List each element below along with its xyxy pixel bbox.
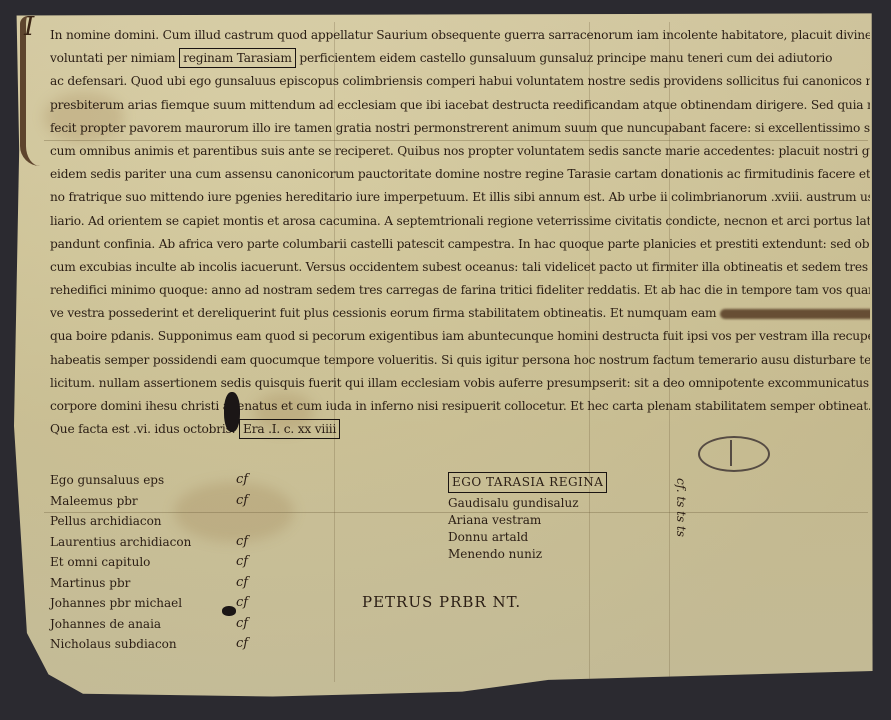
confirmation-mark: cf bbox=[236, 593, 248, 614]
text-line: licitum. nullam assertionem sedis quisqu… bbox=[50, 372, 870, 395]
signatory: Donnu artald bbox=[448, 529, 607, 546]
dating-clause: Que facta est .vi. idus octobris. bbox=[50, 422, 235, 436]
signatory: Menendo nuniz bbox=[448, 546, 607, 563]
text-line: ac defensari. Quod ubi ego gunsaluus epi… bbox=[50, 70, 870, 93]
text-line: cum omnibus animis et parentibus suis an… bbox=[50, 140, 870, 163]
confirmation-mark: cf bbox=[236, 532, 248, 553]
queen-signature-box[interactable]: EGO TARASIA REGINA bbox=[448, 472, 607, 493]
text-line: presbiterum arias fiemque suum mittendum… bbox=[50, 94, 870, 117]
text-line: voluntati per nimiam reginam Tarasiam pe… bbox=[50, 47, 870, 70]
text-line: liario. Ad orientem se capiet montis et … bbox=[50, 210, 870, 233]
text-fragment: ve vestra possederint et dereliquerint f… bbox=[50, 306, 720, 320]
ink-smudge bbox=[720, 309, 870, 319]
charter-body: In nomine domini. Cum illud castrum quod… bbox=[50, 24, 870, 441]
signatory: Johannes de anaia bbox=[50, 614, 191, 635]
signatories-left: Ego gunsaluus eps Maleemus pbr Pellus ar… bbox=[50, 470, 191, 655]
signatory: Laurentius archidiacon bbox=[50, 532, 191, 553]
text-line: ve vestra possederint et dereliquerint f… bbox=[50, 302, 870, 325]
confirmation-marks-left: cf cf cf cf cf cf cf cf bbox=[236, 470, 248, 655]
text-fragment: voluntati per nimiam bbox=[50, 51, 179, 65]
confirmation-mark: cf bbox=[236, 614, 248, 635]
signatory: Pellus archidiacon bbox=[50, 511, 191, 532]
archive-stamp-icon bbox=[698, 436, 770, 472]
parchment-hole bbox=[222, 606, 236, 616]
notary-signature: PETRUS PRBR NT. bbox=[362, 593, 521, 611]
signatories-right: EGO TARASIA REGINA Gaudisalu gundisaluz … bbox=[448, 472, 607, 563]
text-line: qua boire pdanis. Supponimus eam quod si… bbox=[50, 325, 870, 348]
era-date-box[interactable]: Era .I. c. xx viiii bbox=[239, 419, 340, 439]
initial-letter: I bbox=[24, 12, 34, 42]
confirmation-marks-right: cf. ts ts ts bbox=[674, 478, 688, 537]
text-line: habeatis semper possidendi eam quocumque… bbox=[50, 349, 870, 372]
confirmation-mark: cf bbox=[236, 634, 248, 655]
parchment-hole bbox=[224, 392, 240, 432]
signatory: Maleemus pbr bbox=[50, 491, 191, 512]
text-line: fecit propter pavorem maurorum illo ire … bbox=[50, 117, 870, 140]
text-line: cum excubias inculte ab incolis iacuerun… bbox=[50, 256, 870, 279]
text-line: no fratrique suo mittendo iure pgenies h… bbox=[50, 186, 870, 209]
confirmation-mark: cf bbox=[236, 552, 248, 573]
confirmation-mark: cf bbox=[236, 573, 248, 594]
signatory: Martinus pbr bbox=[50, 573, 191, 594]
text-line: corpore domini ihesu christi alienatus e… bbox=[50, 395, 870, 418]
signatory: Ariana vestram bbox=[448, 512, 607, 529]
text-line: In nomine domini. Cum illud castrum quod… bbox=[50, 24, 870, 47]
text-line: rehedifici minimo quoque: anno ad nostra… bbox=[50, 279, 870, 302]
text-fragment: perficientem eidem castello gunsaluum gu… bbox=[296, 51, 833, 65]
text-line: eidem sedis pariter una cum assensu cano… bbox=[50, 163, 870, 186]
confirmation-mark bbox=[236, 511, 248, 532]
confirmation-mark: cf bbox=[236, 470, 248, 491]
text-line: pandunt confinia. Ab africa vero parte c… bbox=[50, 233, 870, 256]
highlighted-phrase-box[interactable]: reginam Tarasiam bbox=[179, 48, 296, 68]
signatory: Johannes pbr michael bbox=[50, 593, 191, 614]
signatory: Gaudisalu gundisaluz bbox=[448, 495, 607, 512]
confirmation-mark: cf bbox=[236, 491, 248, 512]
signatory: Nicholaus subdiacon bbox=[50, 634, 191, 655]
signatory: Et omni capitulo bbox=[50, 552, 191, 573]
signatory: Ego gunsaluus eps bbox=[50, 470, 191, 491]
